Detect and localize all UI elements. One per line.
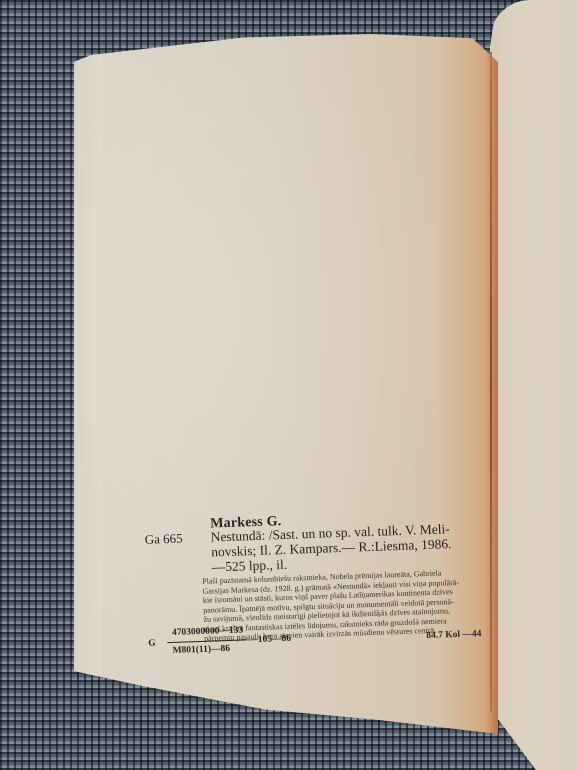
- isbn-prefix: G: [148, 639, 156, 649]
- catalog-code: Ga 665: [144, 531, 182, 548]
- udc-code: 84.7 Kol —44: [426, 629, 481, 641]
- book-photo: Markess G. Ga 665 Nestundā: /Sast. un no…: [0, 0, 577, 770]
- isbn-suffix: —105—86: [248, 634, 291, 645]
- isbn-denominator: M801(11)—86: [172, 644, 230, 656]
- binding-strip: [74, 34, 102, 734]
- right-page: [490, 0, 577, 770]
